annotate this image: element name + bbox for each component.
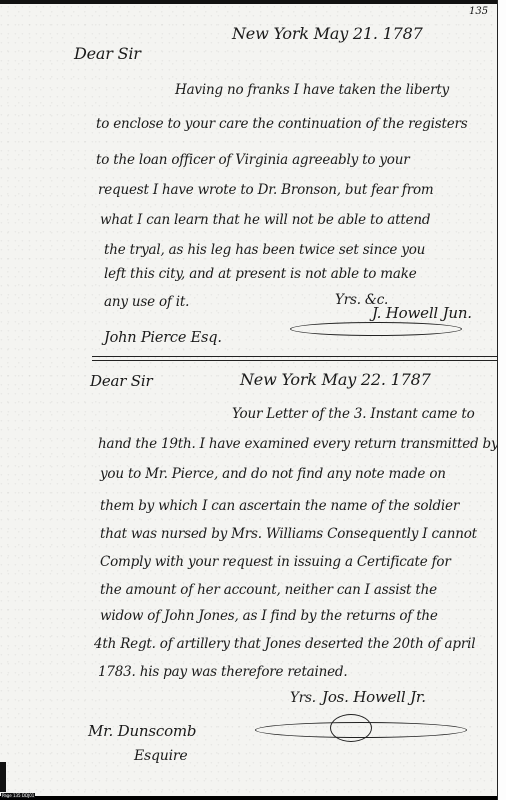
scan-left-border xyxy=(0,762,6,792)
letter2-closing: Yrs. xyxy=(290,690,316,706)
letter2-body-line: them by which I can ascertain the name o… xyxy=(100,498,459,514)
letter2-body-line: that was nursed by Mrs. Williams Consequ… xyxy=(100,526,477,542)
letter1-body-line: the tryal, as his leg has been twice set… xyxy=(104,242,425,258)
manuscript-page: 135 New York May 21. 1787 Dear Sir Havin… xyxy=(0,4,497,796)
letter1-signature: J. Howell Jun. xyxy=(372,304,472,322)
letter2-body-line: Your Letter of the 3. Instant came to xyxy=(232,406,475,422)
letter1-addressee: John Pierce Esq. xyxy=(104,330,222,346)
letter1-body-line: to the loan officer of Virginia agreeabl… xyxy=(96,152,409,168)
letter-divider xyxy=(92,356,497,357)
letter1-body-line: to enclose to your care the continuation… xyxy=(96,116,468,132)
letter2-body-line: Comply with your request in issuing a Ce… xyxy=(100,554,451,570)
letter1-body-line: Having no franks I have taken the libert… xyxy=(175,82,449,98)
letter2-body-line: the amount of her account, neither can I… xyxy=(100,582,437,598)
letter2-addressee: Mr. Dunscomb xyxy=(88,722,196,740)
letter-divider xyxy=(92,360,497,361)
letter2-body-line: you to Mr. Pierce, and do not find any n… xyxy=(100,466,446,482)
letter1-body-line: what I can learn that he will not be abl… xyxy=(100,212,430,228)
letter2-addressee-title: Esquire xyxy=(134,748,187,764)
letter1-dateline: New York May 21. 1787 xyxy=(232,24,423,43)
page-number: 135 xyxy=(469,6,488,17)
letter2-dateline: New York May 22. 1787 xyxy=(240,370,431,389)
letter1-body-line: left this city, and at present is not ab… xyxy=(104,266,416,282)
letter1-body-line: request I have wrote to Dr. Bronson, but… xyxy=(98,182,434,198)
letter2-body-line: 4th Regt. of artillery that Jones desert… xyxy=(94,636,475,652)
letter1-salutation: Dear Sir xyxy=(74,44,141,63)
signature-flourish xyxy=(290,322,462,336)
letter2-body-line: hand the 19th. I have examined every ret… xyxy=(98,436,498,452)
signature-flourish-loop xyxy=(330,714,372,742)
letter2-signature: Jos. Howell Jr. xyxy=(322,688,426,706)
scan-footer-label: Page 135 DDJ01 xyxy=(1,793,35,798)
letter2-body-line: 1783. his pay was therefore retained. xyxy=(98,664,347,680)
letter2-body-line: widow of John Jones, as I find by the re… xyxy=(100,608,438,624)
page-right-edge xyxy=(497,0,506,800)
letter2-salutation: Dear Sir xyxy=(90,372,152,390)
letter1-body-line: any use of it. xyxy=(104,294,189,310)
